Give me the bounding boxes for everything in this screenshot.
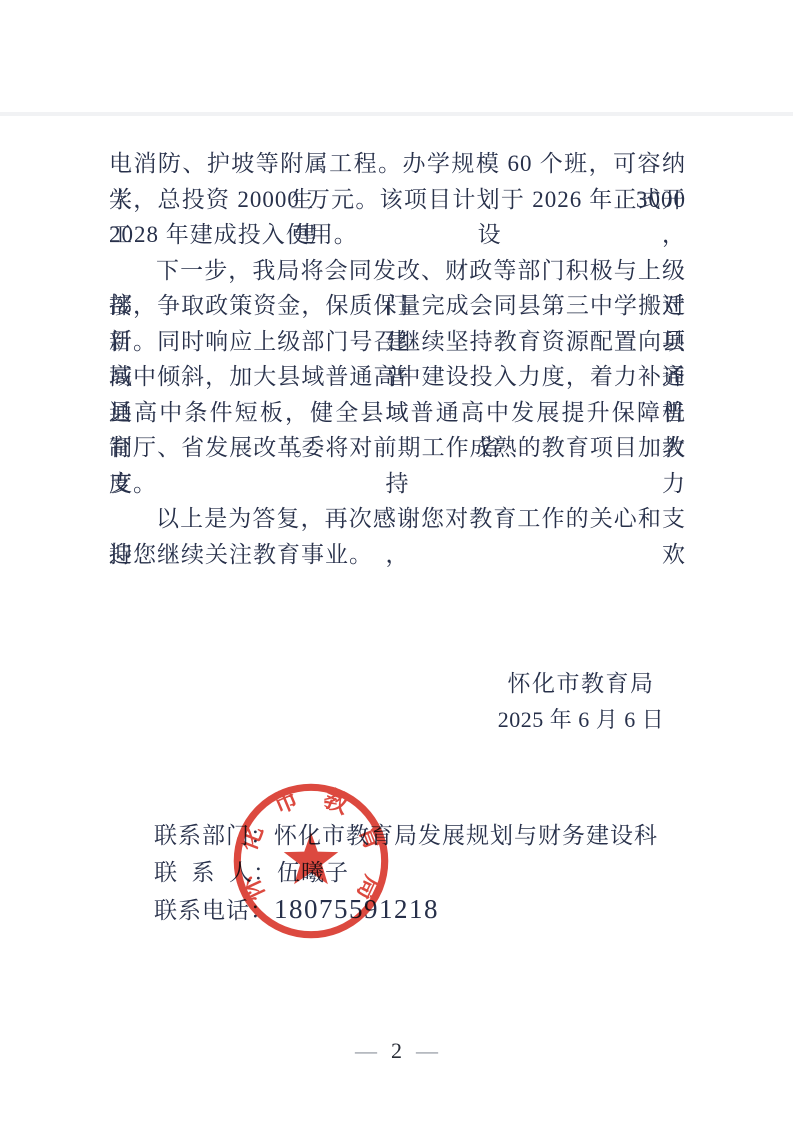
- body-line: 以上是为答复，再次感谢您对教育工作的关心和支持，欢: [109, 501, 686, 537]
- page-footer: —2—: [0, 1038, 793, 1064]
- official-seal-graphic: 怀 化 市 教 育 局: [224, 774, 398, 948]
- body-line: 通高中条件短板，健全县域普通高中发展提升保障机制。省教: [109, 395, 686, 431]
- body-line: 育厅、省发展改革委将对前期工作成熟的教育项目加大支持力: [109, 430, 686, 466]
- document-page: 电消防、护坡等附属工程。办学规模 60 个班，可容纳学生 3000 人，总投资 …: [0, 0, 793, 1122]
- official-seal: 怀 化 市 教 育 局: [224, 774, 398, 948]
- letter-body: 电消防、护坡等附属工程。办学规模 60 个班，可容纳学生 3000 人，总投资 …: [109, 146, 686, 572]
- body-line: 电消防、护坡等附属工程。办学规模 60 个班，可容纳学生 3000: [109, 146, 686, 182]
- seal-star-icon: [284, 832, 338, 884]
- signature-date: 2025 年 6 月 6 日: [450, 703, 712, 734]
- footer-page-number: 2: [391, 1038, 402, 1063]
- body-line: 高中倾斜，加大县域普通高中建设投入力度，着力补齐县域普: [109, 359, 686, 395]
- body-line: 人，总投资 20000 万元。该项目计划于 2026 年正式开工建设，: [109, 182, 686, 218]
- body-line: 目。同时响应上级部门号召继续坚持教育资源配置向县域普通: [109, 324, 686, 360]
- scan-artifact-band: [0, 112, 793, 116]
- body-line: 接，争取政策资金，保质保量完成会同县第三中学搬迁新建项: [109, 288, 686, 324]
- footer-dash: —: [416, 1038, 438, 1063]
- footer-dash: —: [355, 1038, 377, 1063]
- body-line: 下一步，我局将会同发改、财政等部门积极与上级部门对: [109, 253, 686, 289]
- signature-organization: 怀化市教育局: [450, 665, 712, 698]
